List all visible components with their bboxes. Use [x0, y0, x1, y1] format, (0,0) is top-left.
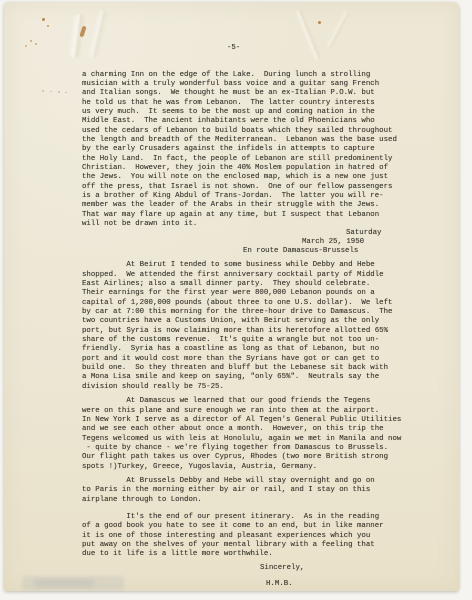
paper-speck [58, 91, 60, 93]
paragraph-3: At Damascus we learned that our good fri… [82, 397, 401, 472]
paper-speck [65, 92, 67, 94]
rust-stain [318, 21, 321, 24]
paragraph-5: It's the end of our present itinerary. A… [82, 513, 384, 560]
signature-initials: H.M.B. [266, 580, 293, 589]
dateline-route: En route Damascus-Brussels [243, 247, 358, 256]
paperclip-crease [67, 13, 86, 58]
page-number: -5- [227, 44, 240, 53]
rust-stain [47, 25, 49, 27]
paper-speck [50, 91, 52, 93]
fold-crease [325, 10, 351, 49]
letter-page: -5- a charming Inn on the edge of the La… [4, 2, 459, 591]
paper-speck [42, 90, 44, 92]
scan-background: -5- a charming Inn on the edge of the La… [0, 0, 472, 600]
fold-crease [87, 9, 109, 58]
bleedthrough-smudge [34, 579, 94, 587]
paragraph-4: At Brussels Debby and Hebe will stay ove… [82, 477, 375, 505]
rust-stain [42, 18, 45, 21]
rust-stain [25, 45, 27, 47]
rust-stain [30, 40, 32, 42]
paragraph-1: a charming Inn on the edge of the Lake. … [82, 71, 397, 230]
dateline-day: Saturday [346, 229, 381, 238]
dateline-date: March 25, 1950 [302, 238, 364, 247]
fold-crease [294, 8, 323, 61]
paragraph-2: At Beirut I tended to some business whil… [82, 261, 392, 392]
rust-stain [35, 43, 37, 45]
closing-sincerely: Sincerely, [260, 564, 304, 573]
